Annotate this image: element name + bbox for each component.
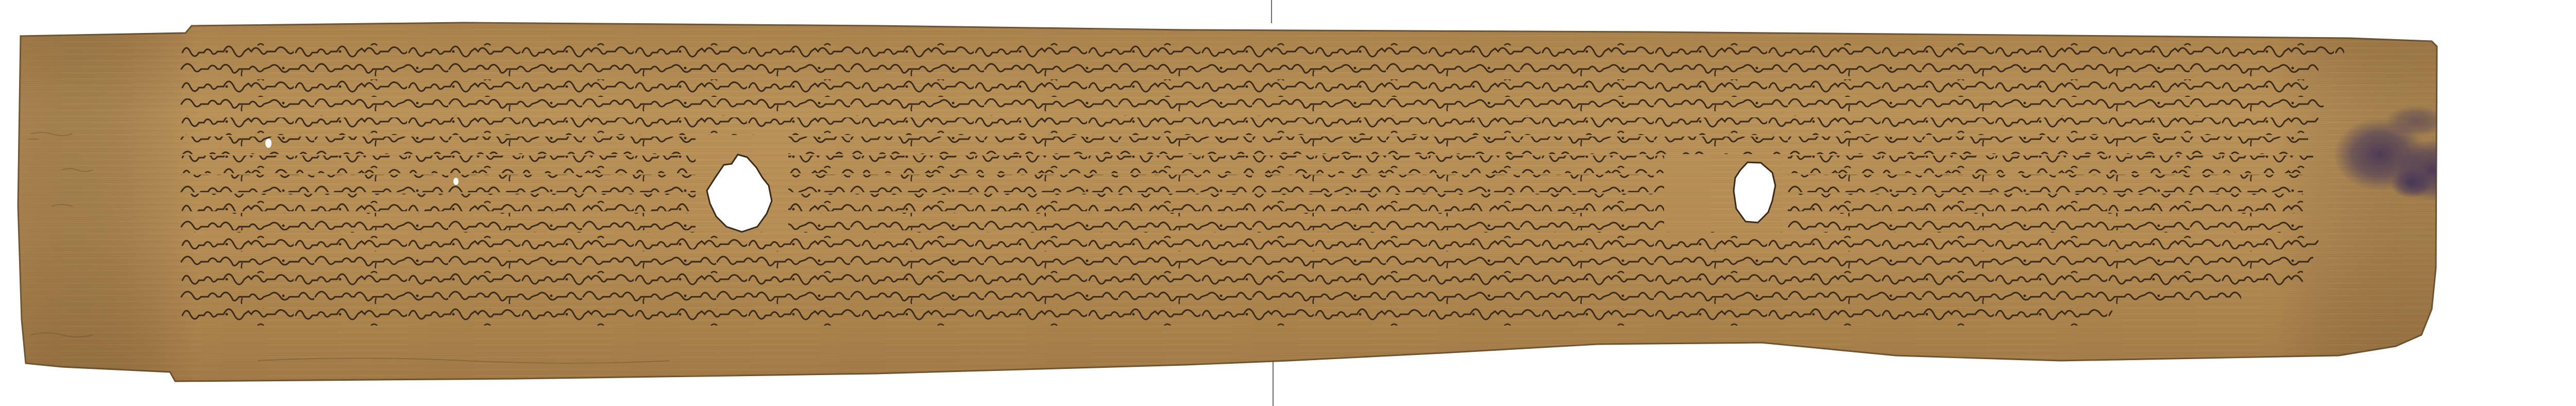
- script-line-6a: [180, 137, 696, 154]
- script-line-2: [180, 60, 2318, 78]
- script-line-15: [180, 308, 2112, 326]
- script-line-13: [180, 270, 2303, 287]
- script-line-14: [180, 289, 2241, 307]
- script-line-9c: [1788, 194, 2303, 211]
- script-line-6b: [788, 137, 2308, 154]
- script-line-7a: [180, 156, 696, 173]
- script-line-11: [180, 232, 2318, 249]
- script-line-9a: [180, 194, 696, 211]
- script-line-1: [180, 41, 2344, 59]
- script-lines-group: [180, 41, 2344, 326]
- script-line-7c: [1788, 156, 2313, 173]
- script-line-10c: [1788, 213, 2303, 230]
- script-line-5: [180, 117, 2318, 135]
- script-line-12: [180, 251, 2313, 268]
- script-line-10b: [788, 213, 1664, 230]
- palm-leaf-folio: [0, 0, 2473, 406]
- script-line-9b: [788, 194, 1664, 211]
- manuscript-text-block: [180, 41, 2370, 330]
- script-line-10a: [180, 213, 696, 230]
- script-line-4: [180, 98, 2324, 116]
- script-line-7b: [788, 156, 1664, 173]
- script-line-8a: [180, 175, 696, 192]
- script-line-8c: [1788, 175, 2303, 192]
- script-line-3: [180, 79, 2308, 97]
- script-line-8b: [788, 175, 1664, 192]
